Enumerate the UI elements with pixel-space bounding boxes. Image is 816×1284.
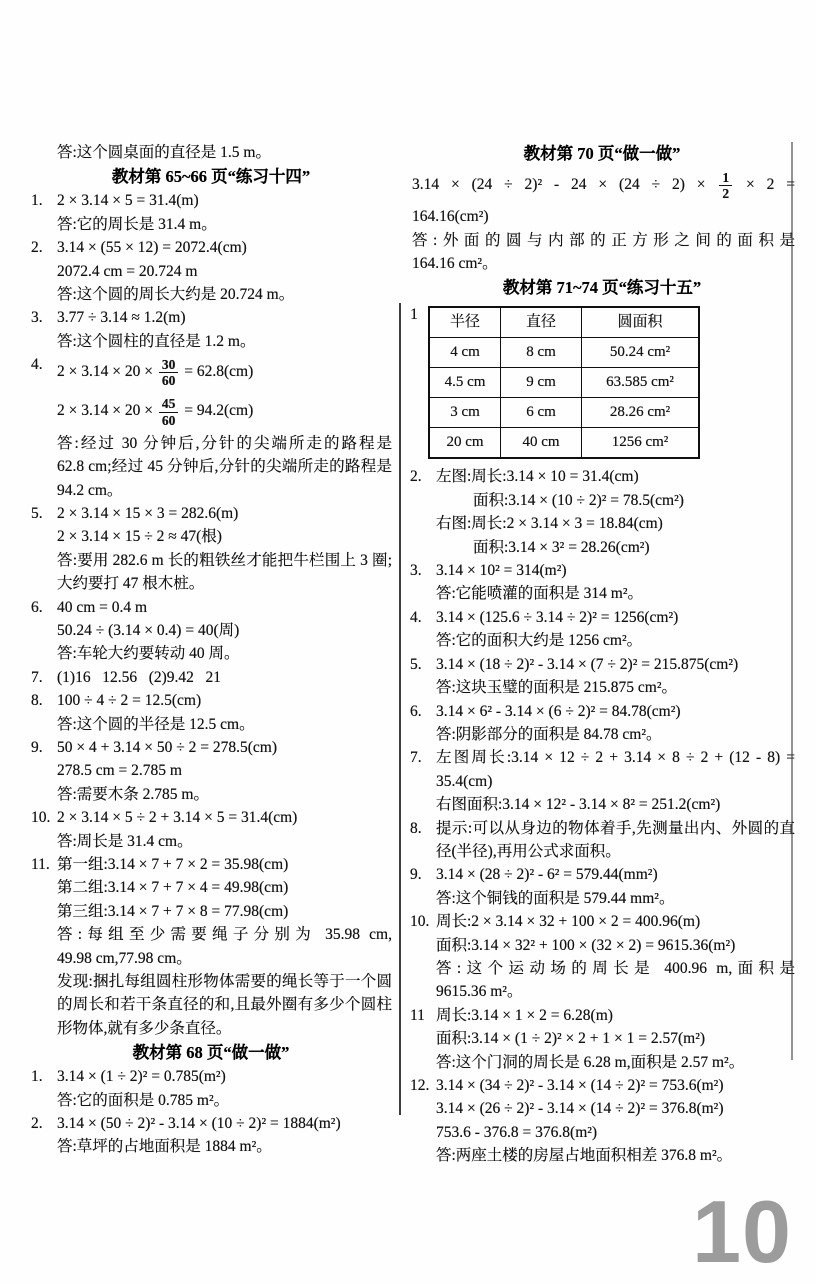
item-number: 1: [410, 306, 418, 324]
solution-line: 10.2 × 3.14 × 5 ÷ 2 + 3.14 × 5 = 31.4(cm…: [30, 806, 392, 829]
solution-line: 1.2 × 3.14 × 5 = 31.4(m): [30, 189, 392, 212]
solution-line: 6.3.14 × 6² - 3.14 × (6 ÷ 2)² = 84.78(cm…: [409, 700, 795, 723]
right-column: 教材第 70 页“做一做”3.14 × (24 ÷ 2)² - 24 × (24…: [409, 141, 795, 1168]
answer-line: 答:要用 282.6 m 长的粗铁丝才能把牛栏围上 3 圈;: [30, 549, 392, 572]
solution-line: 5.2 × 3.14 × 15 × 3 = 282.6(m): [30, 502, 392, 525]
solution-line: 11.第一组:3.14 × 7 + 7 × 2 = 35.98(cm): [30, 853, 392, 876]
solution-line: 发现:捆扎每组圆柱形物体需要的绳长等于一个圆: [30, 970, 392, 993]
solution-line: 3.14 × (26 ÷ 2)² - 3.14 × (14 ÷ 2)² = 37…: [409, 1097, 795, 1120]
solution-line: 3.3.14 × 10² = 314(m²): [409, 559, 795, 582]
solution-line: 3.14 × (24 ÷ 2)² - 24 × (24 ÷ 2) × 12 × …: [409, 166, 795, 205]
solution-line: 右图面积:3.14 × 12² - 3.14 × 8² = 251.2(cm²): [409, 793, 795, 816]
solution-line: 2 × 3.14 × 15 ÷ 2 ≈ 47(根): [30, 525, 392, 548]
item-number: 4.: [31, 353, 43, 376]
item-number: 10.: [410, 910, 429, 933]
solution-line: 94.2 cm。: [30, 479, 392, 502]
solution-line: 2.3.14 × (55 × 12) = 2072.4(cm): [30, 236, 392, 259]
item-number: 7.: [410, 746, 422, 769]
radius-diameter-area-table: 半径直径圆面积4 cm8 cm50.24 cm²4.5 cm9 cm63.585…: [428, 306, 700, 459]
column-divider-line: [399, 303, 401, 1115]
item-number: 2.: [31, 1112, 43, 1135]
item-number: 9.: [410, 863, 422, 886]
solution-line: 2.左图:周长:3.14 × 10 = 31.4(cm): [409, 465, 795, 488]
item-number: 11.: [31, 853, 50, 876]
section-header: 教材第 71~74 页“练习十五”: [409, 275, 795, 300]
left-column: 答:这个圆桌面的直径是 1.5 m。教材第 65~66 页“练习十四”1.2 ×…: [30, 141, 392, 1159]
solution-line: 7.左图周长:3.14 × 12 ÷ 2 + 3.14 × 8 ÷ 2 + (1…: [409, 746, 795, 769]
solution-line: 9.3.14 × (28 ÷ 2)² - 6² = 579.44(mm²): [409, 863, 795, 886]
answer-line: 答:需要木条 2.785 m。: [30, 783, 392, 806]
item-number: 9.: [31, 736, 43, 759]
table-header-cell: 直径: [501, 307, 582, 338]
answer-line: 答:它的面积大约是 1256 cm²。: [409, 629, 795, 652]
table-header-cell: 圆面积: [582, 307, 700, 338]
answer-line: 答:车轮大约要转动 40 周。: [30, 642, 392, 665]
solution-line: 11周长:3.14 × 1 × 2 = 6.28(m): [409, 1004, 795, 1027]
item-number: 8.: [410, 817, 422, 840]
solution-line: 50.24 ÷ (3.14 × 0.4) = 40(周): [30, 619, 392, 642]
item-number: 2.: [31, 236, 43, 259]
solution-line: 2 × 3.14 × 20 × 4560 = 94.2(cm): [30, 392, 392, 431]
table-cell: 28.26 cm²: [582, 398, 700, 428]
answer-line: 答:这个圆柱的直径是 1.2 m。: [30, 330, 392, 353]
item-number: 12.: [410, 1074, 429, 1097]
section-header: 教材第 70 页“做一做”: [409, 141, 795, 166]
page-number: 10: [692, 1188, 792, 1276]
solution-line: 形物体,就有多少条直径。: [30, 1017, 392, 1040]
solution-line: 164.16 cm²。: [409, 252, 795, 275]
item-number: 1.: [31, 189, 43, 212]
answer-line: 答:这个门洞的周长是 6.28 m,面积是 2.57 m²。: [409, 1051, 795, 1074]
solution-line: 10.周长:2 × 3.14 × 32 + 100 × 2 = 400.96(m…: [409, 910, 795, 933]
solution-line: 4.2 × 3.14 × 20 × 3060 = 62.8(cm): [30, 353, 392, 392]
solution-line: 62.8 cm;经过 45 分钟后,分针的尖端所走的路程是: [30, 455, 392, 478]
solution-line: 753.6 - 376.8 = 376.8(m²): [409, 1121, 795, 1144]
answer-line: 答:草坪的占地面积是 1884 m²。: [30, 1135, 392, 1158]
answer-line: 答:这块玉璧的面积是 215.875 cm²。: [409, 676, 795, 699]
solution-line: 9615.36 m²。: [409, 980, 795, 1003]
solution-line: 第三组:3.14 × 7 + 7 × 8 = 77.98(cm): [30, 900, 392, 923]
solution-line: 面积:3.14 × 3² = 28.26(cm²): [409, 536, 795, 559]
solution-line: 35.4(cm): [409, 770, 795, 793]
solution-line: 的周长和若干条直径的和,且最外圈有多少个圆柱: [30, 993, 392, 1016]
table-cell: 63.585 cm²: [582, 368, 700, 398]
table-row: 20 cm40 cm1256 cm²: [429, 428, 699, 459]
item-number: 2.: [410, 465, 422, 488]
item-number: 1.: [31, 1065, 43, 1088]
solution-line: 面积:3.14 × (1 ÷ 2)² × 2 + 1 × 1 = 2.57(m²…: [409, 1027, 795, 1050]
item-number: 11: [410, 1004, 425, 1027]
answer-line: 答:外面的圆与内部的正方形之间的面积是: [409, 229, 795, 252]
table-cell: 3 cm: [429, 398, 501, 428]
section-header: 教材第 68 页“做一做”: [30, 1040, 392, 1065]
answer-line: 答:每组至少需要绳子分别为 35.98 cm,: [30, 923, 392, 946]
item-number: 3.: [410, 559, 422, 582]
solution-line: 面积:3.14 × (10 ÷ 2)² = 78.5(cm²): [409, 489, 795, 512]
table-row: 3 cm6 cm28.26 cm²: [429, 398, 699, 428]
section-header: 教材第 65~66 页“练习十四”: [30, 164, 392, 189]
solution-line: 7.(1)16 12.56 (2)9.42 21: [30, 666, 392, 689]
answer-line: 答:这个圆的半径是 12.5 cm。: [30, 713, 392, 736]
table-cell: 8 cm: [501, 338, 582, 368]
solution-line: 2.3.14 × (50 ÷ 2)² - 3.14 × (10 ÷ 2)² = …: [30, 1112, 392, 1135]
solution-line: 164.16(cm²): [409, 205, 795, 228]
solution-line: 278.5 cm = 2.785 m: [30, 759, 392, 782]
item-number: 4.: [410, 606, 422, 629]
table-cell: 50.24 cm²: [582, 338, 700, 368]
item-number: 5.: [410, 653, 422, 676]
answer-line: 答:它的面积是 0.785 m²。: [30, 1089, 392, 1112]
item-number: 6.: [31, 596, 43, 619]
table-cell: 6 cm: [501, 398, 582, 428]
fraction: 12: [719, 170, 732, 201]
solution-line: 9.50 × 4 + 3.14 × 50 ÷ 2 = 278.5(cm): [30, 736, 392, 759]
solution-line: 8.100 ÷ 4 ÷ 2 = 12.5(cm): [30, 689, 392, 712]
solution-line: 面积:3.14 × 32² + 100 × (32 × 2) = 9615.36…: [409, 934, 795, 957]
item-number: 8.: [31, 689, 43, 712]
item-number: 10.: [31, 806, 50, 829]
item-number: 5.: [31, 502, 43, 525]
answer-line: 答:两座土楼的房屋占地面积相差 376.8 m²。: [409, 1144, 795, 1167]
solution-line: 6.40 cm = 0.4 m: [30, 596, 392, 619]
answer-line: 答:这个圆的周长大约是 20.724 m。: [30, 283, 392, 306]
solution-line: 8.提示:可以从身边的物体着手,先测量出内、外圆的直: [409, 817, 795, 840]
answer-line: 答:这个运动场的周长是 400.96 m,面积是: [409, 957, 795, 980]
solution-line: 右图:周长:2 × 3.14 × 3 = 18.84(cm): [409, 512, 795, 535]
solution-line: 12.3.14 × (34 ÷ 2)² - 3.14 × (14 ÷ 2)² =…: [409, 1074, 795, 1097]
table-header-cell: 半径: [429, 307, 501, 338]
answer-line: 答:这个铜钱的面积是 579.44 mm²。: [409, 887, 795, 910]
table-cell: 40 cm: [501, 428, 582, 459]
table-cell: 9 cm: [501, 368, 582, 398]
table-cell: 4 cm: [429, 338, 501, 368]
answer-line: 答:周长是 31.4 cm。: [30, 830, 392, 853]
scanned-answer-page: 答:这个圆桌面的直径是 1.5 m。教材第 65~66 页“练习十四”1.2 ×…: [0, 0, 816, 1284]
solution-line: 5.3.14 × (18 ÷ 2)² - 3.14 × (7 ÷ 2)² = 2…: [409, 653, 795, 676]
solution-line: 2072.4 cm = 20.724 m: [30, 260, 392, 283]
solution-line: 大约要打 47 根木桩。: [30, 572, 392, 595]
table-row: 4 cm8 cm50.24 cm²: [429, 338, 699, 368]
fraction: 4560: [159, 396, 179, 427]
answer-line: 答:它的周长是 31.4 m。: [30, 213, 392, 236]
solution-line: 49.98 cm,77.98 cm。: [30, 947, 392, 970]
table-cell: 4.5 cm: [429, 368, 501, 398]
answer-line: 答:它能喷灌的面积是 314 m²。: [409, 582, 795, 605]
item-number: 3.: [31, 306, 43, 329]
answer-line: 答:这个圆桌面的直径是 1.5 m。: [30, 141, 392, 164]
table-row: 4.5 cm9 cm63.585 cm²: [429, 368, 699, 398]
answer-line: 答:阴影部分的面积是 84.78 cm²。: [409, 723, 795, 746]
solution-line: 3.3.77 ÷ 3.14 ≈ 1.2(m): [30, 306, 392, 329]
solution-line: 第二组:3.14 × 7 + 7 × 4 = 49.98(cm): [30, 876, 392, 899]
fraction: 3060: [159, 357, 179, 388]
solution-line: 1.3.14 × (1 ÷ 2)² = 0.785(m²): [30, 1065, 392, 1088]
page-edge-line: [791, 142, 793, 1060]
item-number: 7.: [31, 666, 43, 689]
solution-line: 径(半径),再用公式求面积。: [409, 840, 795, 863]
table-block: 1半径直径圆面积4 cm8 cm50.24 cm²4.5 cm9 cm63.58…: [409, 306, 795, 459]
answer-line: 答:经过 30 分钟后,分针的尖端所走的路程是: [30, 432, 392, 455]
item-number: 6.: [410, 700, 422, 723]
table-cell: 1256 cm²: [582, 428, 700, 459]
table-cell: 20 cm: [429, 428, 501, 459]
solution-line: 4.3.14 × (125.6 ÷ 3.14 ÷ 2)² = 1256(cm²): [409, 606, 795, 629]
